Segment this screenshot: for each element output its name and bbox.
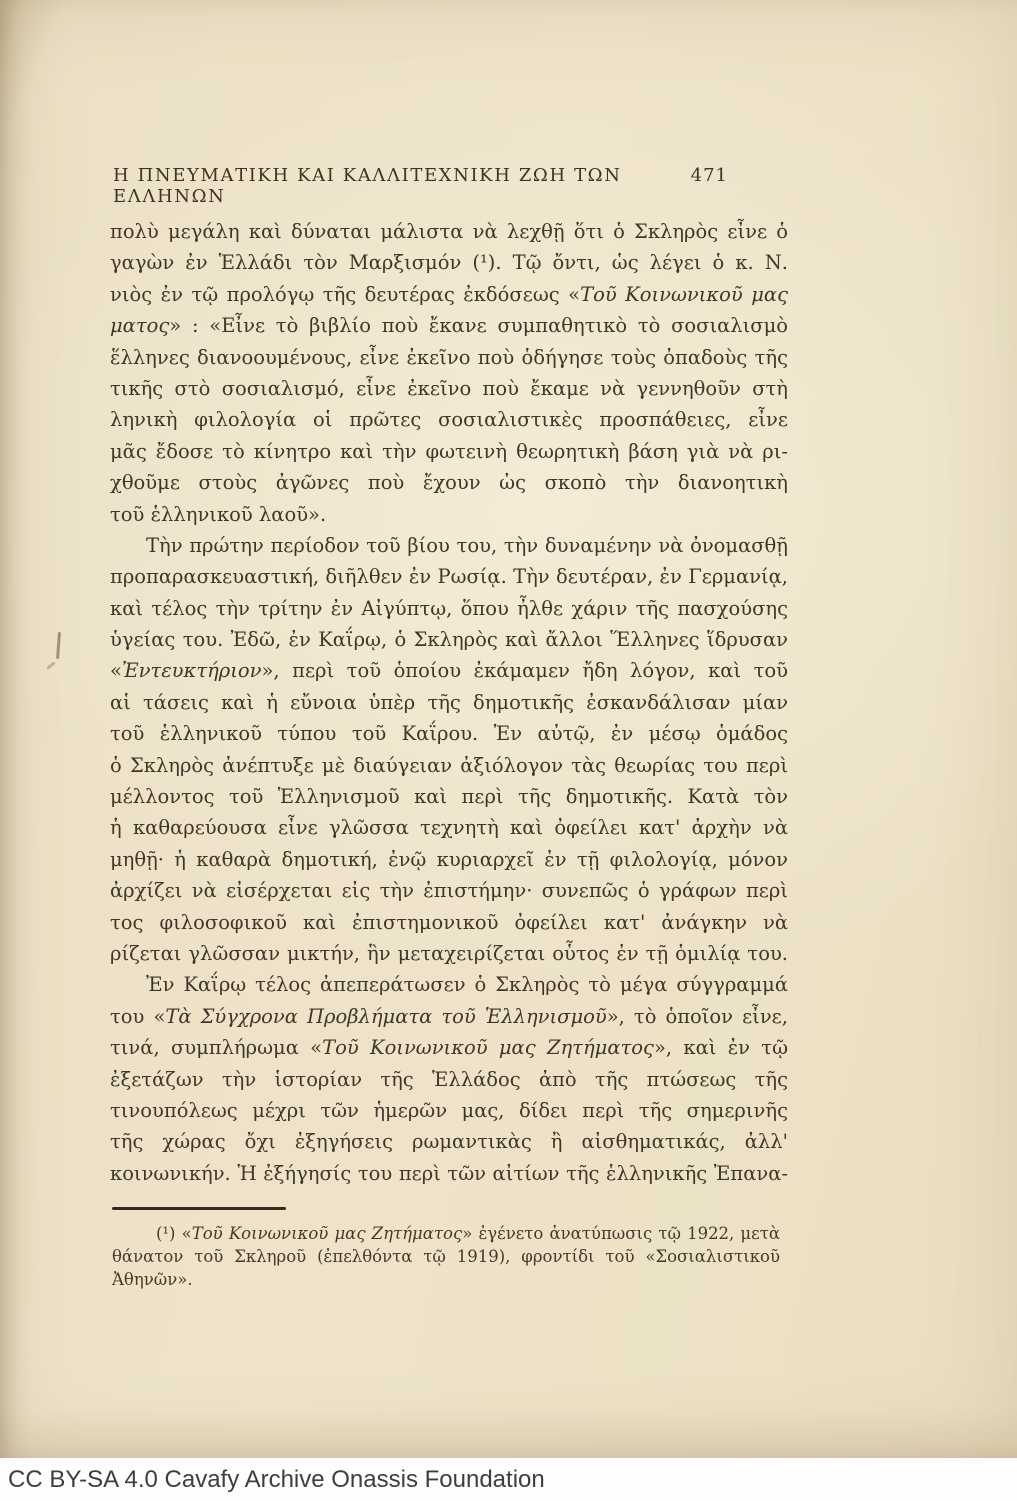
text-line: τος φιλοσοφικοῦ καὶ ἐπιστημονικοῦ ὀφείλε…: [110, 907, 788, 938]
text-line: τινά, συμπλήρωμα «Τοῦ Κοινωνικοῦ μας Ζητ…: [110, 1032, 788, 1063]
text-line: Ἐν Καΐρῳ τέλος ἀπεπεράτωσεν ὁ Σκληρὸς τὸ…: [110, 969, 788, 1000]
footnote-rule: [112, 1207, 286, 1210]
header-title: Η ΠΝΕΥΜΑΤΙΚΗ ΚΑΙ ΚΑΛΛΙΤΕΧΝΙΚΗ ΖΩΗ ΤΩΝ ΕΛ…: [113, 165, 691, 207]
text-line: Ἀθηνῶν».: [112, 1268, 780, 1291]
text-line: ἕλληνες διανοουμένους, εἶνε ἐκεῖνο ποὺ ὁ…: [110, 342, 788, 373]
page-number: 471: [691, 165, 728, 186]
text-line: ἡ καθαρεύουσα εἶνε γλῶσσα τεχνητὴ καὶ ὀφ…: [110, 812, 788, 843]
text-line: ὁ Σκληρὸς ἀνέπτυξε μὲ διαύγειαν ἀξιόλογο…: [110, 750, 788, 781]
text-line: ματος» : «Εἶνε τὸ βιβλίο ποὺ ἔκανε συμπα…: [110, 310, 788, 341]
text-line: Τὴν πρώτην περίοδον τοῦ βίου του, τὴν δυ…: [110, 530, 788, 561]
text-line: καὶ τέλος τὴν τρίτην ἐν Αἰγύπτῳ, ὅπου ἦλ…: [110, 593, 788, 624]
text-line: ρίζεται γλῶσσαν μικτήν, ἣν μεταχειρίζετα…: [110, 938, 788, 969]
text-line: μᾶς ἔδοσε τὸ κίνητρο καὶ τὴν φωτεινὴ θεω…: [110, 436, 788, 467]
footnote: (¹) «Τοῦ Κοινωνικοῦ μας Ζητήματος» ἐγένε…: [112, 1222, 780, 1291]
page-corner-shadow: [0, 0, 60, 120]
text-line: του «Τὰ Σύγχρονα Προβλήματα τοῦ Ἑλληνισμ…: [110, 1001, 788, 1032]
text-line: αἱ τάσεις καὶ ἡ εὔνοια ὑπὲρ τῆς δημοτικῆ…: [110, 687, 788, 718]
text-line: χθοῦμε στοὺς ἀγῶνες ποὺ ἔχουν ὡς σκοπὸ τ…: [110, 467, 788, 498]
text-line: πολὺ μεγάλη καὶ δύναται μάλιστα νὰ λεχθῇ…: [110, 216, 788, 247]
text-line: γαγὼν ἐν Ἑλλάδι τὸν Μαρξισμόν (¹). Τῷ ὄν…: [110, 247, 788, 278]
text-line: «Ἐντευκτήριον», περὶ τοῦ ὁποίου ἐκάμαμεν…: [110, 655, 788, 686]
text-line: κοινωνικήν. Ἡ ἐξήγησίς του περὶ τῶν αἰτί…: [110, 1158, 788, 1189]
attribution-bar: CC BY-SA 4.0 Cavafy Archive Onassis Foun…: [0, 1458, 1017, 1501]
text-line: προπαρασκευαστική, διῆλθεν ἐν Ρωσίᾳ. Τὴν…: [110, 561, 788, 592]
text-line: τοῦ ἑλληνικοῦ τύπου τοῦ Καΐρου. Ἐν αὐτῷ,…: [110, 718, 788, 749]
text-line: ἀρχίζει νὰ εἰσέρχεται εἰς τὴν ἐπιστήμην·…: [110, 875, 788, 906]
body-text: πολὺ μεγάλη καὶ δύναται μάλιστα νὰ λεχθῇ…: [110, 216, 788, 1189]
text-line: μηθῇ· ἡ καθαρὰ δημοτική, ἐνῷ κυριαρχεῖ ἐ…: [110, 844, 788, 875]
text-line: ὑγείας του. Ἐδῶ, ἐν Καΐρῳ, ὁ Σκληρὸς καὶ…: [110, 624, 788, 655]
text-line: τῆς χώρας ὄχι ἐξηγήσεις ρωμαντικὰς ἢ αἰσ…: [110, 1126, 788, 1157]
text-line: μέλλοντος τοῦ Ἑλληνισμοῦ καὶ περὶ τῆς δη…: [110, 781, 788, 812]
text-line: (¹) «Τοῦ Κοινωνικοῦ μας Ζητήματος» ἐγένε…: [112, 1222, 780, 1245]
text-line: ἐξετάζων τὴν ἱστορίαν τῆς Ἑλλάδος ἀπὸ τῆ…: [110, 1064, 788, 1095]
text-line: θάνατον τοῦ Σκληροῦ (ἐπελθόντα τῷ 1919),…: [112, 1245, 780, 1268]
attribution-text: CC BY-SA 4.0 Cavafy Archive Onassis Foun…: [8, 1466, 545, 1494]
text-line: τινουπόλεως μέχρι τῶν ἡμερῶν μας, δίδει …: [110, 1095, 788, 1126]
text-line: ληνικὴ φιλολογία οἱ πρῶτες σοσιαλιστικὲς…: [110, 404, 788, 435]
text-line: νιὸς ἐν τῷ προλόγῳ τῆς δευτέρας ἐκδόσεως…: [110, 279, 788, 310]
running-header: Η ΠΝΕΥΜΑΤΙΚΗ ΚΑΙ ΚΑΛΛΙΤΕΧΝΙΚΗ ΖΩΗ ΤΩΝ ΕΛ…: [113, 165, 728, 207]
text-line: τοῦ ἑλληνικοῦ λαοῦ».: [110, 499, 788, 530]
text-line: τικῆς στὸ σοσιαλισμό, εἶνε ἐκεῖνο ποὺ ἔκ…: [110, 373, 788, 404]
